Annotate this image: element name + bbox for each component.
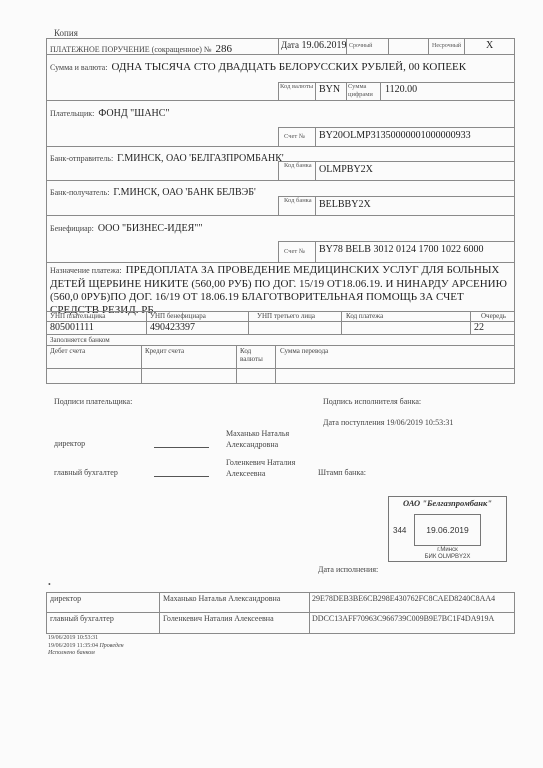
recipient-bank-field: Банк-получатель: Г.МИНСК, ОАО 'БАНК БЕЛВ…	[50, 182, 256, 200]
beneficiary-unp: 490423397	[150, 322, 195, 333]
accountant-signature-line	[154, 476, 209, 477]
bank-fill-label: Заполняется банком	[50, 336, 110, 344]
debit-header: Дебет счета	[50, 347, 85, 355]
sender-bank-code: OLMPBY2X	[319, 164, 373, 175]
sender-bank-label: Банк-отправитель:	[50, 154, 113, 163]
sender-bank-name: Г.МИНСК, ОАО 'БЕЛГАЗПРОМБАНК'	[117, 153, 284, 164]
log-status: Проведен	[99, 643, 123, 649]
nonurgent-label: Несрочный	[432, 43, 461, 49]
amount-words: ОДНА ТЫСЯЧА СТО ДВАДЦАТЬ БЕЛОРУССКИХ РУБ…	[111, 61, 466, 73]
bank-signature-label: Подпись исполнителя банка:	[323, 397, 421, 406]
ecp-hash: 29E78DEB3BE6CB298E430762FC8CAED8240C8AA4	[312, 594, 512, 604]
processing-log: 19/06/2019 10:53:31 19/06/2019 11:35:04 …	[48, 635, 124, 658]
payer-name: ФОНД "ШАНС"	[98, 108, 169, 119]
sender-bank-field: Банк-отправитель: Г.МИНСК, ОАО 'БЕЛГАЗПР…	[50, 148, 284, 166]
stamp-label: Штамп банка:	[318, 468, 366, 477]
ecp-name: Маханько Наталья Александровна	[163, 594, 280, 603]
purpose-label: Назначение платежа:	[50, 266, 122, 275]
recipient-bank-label: Банк-получатель:	[50, 188, 109, 197]
currency-code-label: Код валюты	[280, 83, 314, 91]
nonurgent-value: X	[486, 40, 493, 51]
copy-label: Копия	[54, 28, 78, 38]
payer-field: Плательщик: ФОНД "ШАНС"	[50, 103, 170, 121]
beneficiary-field: Бенефициар: ООО "БИЗНЕС-ИДЕЯ""	[50, 218, 202, 236]
order-date: Дата 19.06.2019	[281, 40, 346, 51]
payment-code-header: Код платежа	[346, 312, 383, 320]
third-party-unp-header: УНП третьего лица	[257, 312, 315, 320]
payer-account-label: Счет №	[284, 133, 305, 140]
fill-currency-header: Код валюты	[240, 347, 270, 363]
log-line-2: 19/06/2019 11:35:04 Проведен	[48, 643, 124, 651]
payer-signatures-label: Подписи плательщика:	[54, 397, 132, 406]
amount-digits-label: Сумма цифрами	[348, 83, 378, 99]
payer-account: BY20OLMP31350000001000000933	[319, 130, 471, 141]
received-value: 19/06/2019 10:53:31	[386, 418, 453, 427]
beneficiary-name: ООО "БИЗНЕС-ИДЕЯ""	[98, 223, 203, 234]
ecp-role: главный бухгалтер	[50, 614, 114, 623]
director-signature-line	[154, 447, 209, 448]
log-line-3: Исполнено банком	[48, 650, 124, 658]
ecp-hash: DDCC13AFF70963C966739C009B9E7BC1F4DA919A	[312, 614, 512, 624]
bullet: •	[48, 580, 51, 589]
received-date: Дата поступления 19/06/2019 10:53:31	[323, 418, 453, 427]
recipient-bank-code: BELBBY2X	[319, 199, 371, 210]
payer-unp: 805001111	[50, 322, 94, 333]
beneficiary-label: Бенефициар:	[50, 224, 94, 233]
date-value: 19.06.2019	[301, 40, 346, 51]
log-line-1: 19/06/2019 10:53:31	[48, 635, 124, 643]
stamp-date: 19.06.2019	[414, 525, 481, 535]
stamp-bank-name: ОАО "Белгазпромбанк"	[388, 498, 507, 508]
credit-header: Кредит счета	[145, 347, 184, 355]
director-name: Маханько Наталья Александровна	[226, 428, 306, 450]
accountant-role: главный бухгалтер	[54, 468, 118, 477]
queue-header: Очередь	[481, 312, 506, 320]
recipient-bank-name: Г.МИНСК, ОАО 'БАНК БЕЛВЭБ'	[113, 187, 255, 198]
received-label: Дата поступления	[323, 418, 384, 427]
ecp-name: Голенкевич Наталия Алексеевна	[163, 614, 274, 623]
amount-digits: 1120.00	[385, 84, 417, 95]
transfer-sum-header: Сумма перевода	[280, 347, 328, 355]
recipient-bank-code-label: Код банка	[284, 197, 312, 205]
stamp-number: 344	[393, 526, 406, 535]
beneficiary-account-label: Счет №	[284, 248, 305, 255]
payer-unp-header: УНП плательщика	[50, 312, 105, 320]
amount-label: Сумма и валюта:	[50, 63, 107, 72]
stamp-city: г.Минск	[414, 547, 481, 553]
currency-code: BYN	[319, 84, 340, 95]
ecp-role: директор	[50, 594, 81, 603]
log-time: 19/06/2019 11:35:04	[48, 643, 98, 649]
queue: 22	[474, 322, 484, 333]
urgent-label: Срочный	[349, 43, 372, 49]
stamp-bic: БИК OLMPBY2X	[414, 554, 481, 560]
beneficiary-account: BY78 BELB 3012 0124 1700 1022 6000	[319, 244, 483, 255]
accountant-name: Голенкевич Наталия Алексеевна	[226, 457, 306, 479]
execution-date-label: Дата исполнения:	[318, 565, 378, 574]
beneficiary-unp-header: УНП бенефициара	[150, 312, 206, 320]
payment-purpose-field: Назначение платежа: ПРЕДОПЛАТА ЗА ПРОВЕД…	[50, 263, 510, 316]
amount-words-field: Сумма и валюта: ОДНА ТЫСЯЧА СТО ДВАДЦАТЬ…	[50, 57, 466, 75]
form-title-label: ПЛАТЕЖНОЕ ПОРУЧЕНИЕ (сокращенное) №	[50, 45, 212, 54]
payer-label: Плательщик:	[50, 109, 94, 118]
sender-bank-code-label: Код банка	[284, 162, 312, 170]
date-label: Дата	[281, 40, 299, 50]
director-role: директор	[54, 439, 85, 448]
